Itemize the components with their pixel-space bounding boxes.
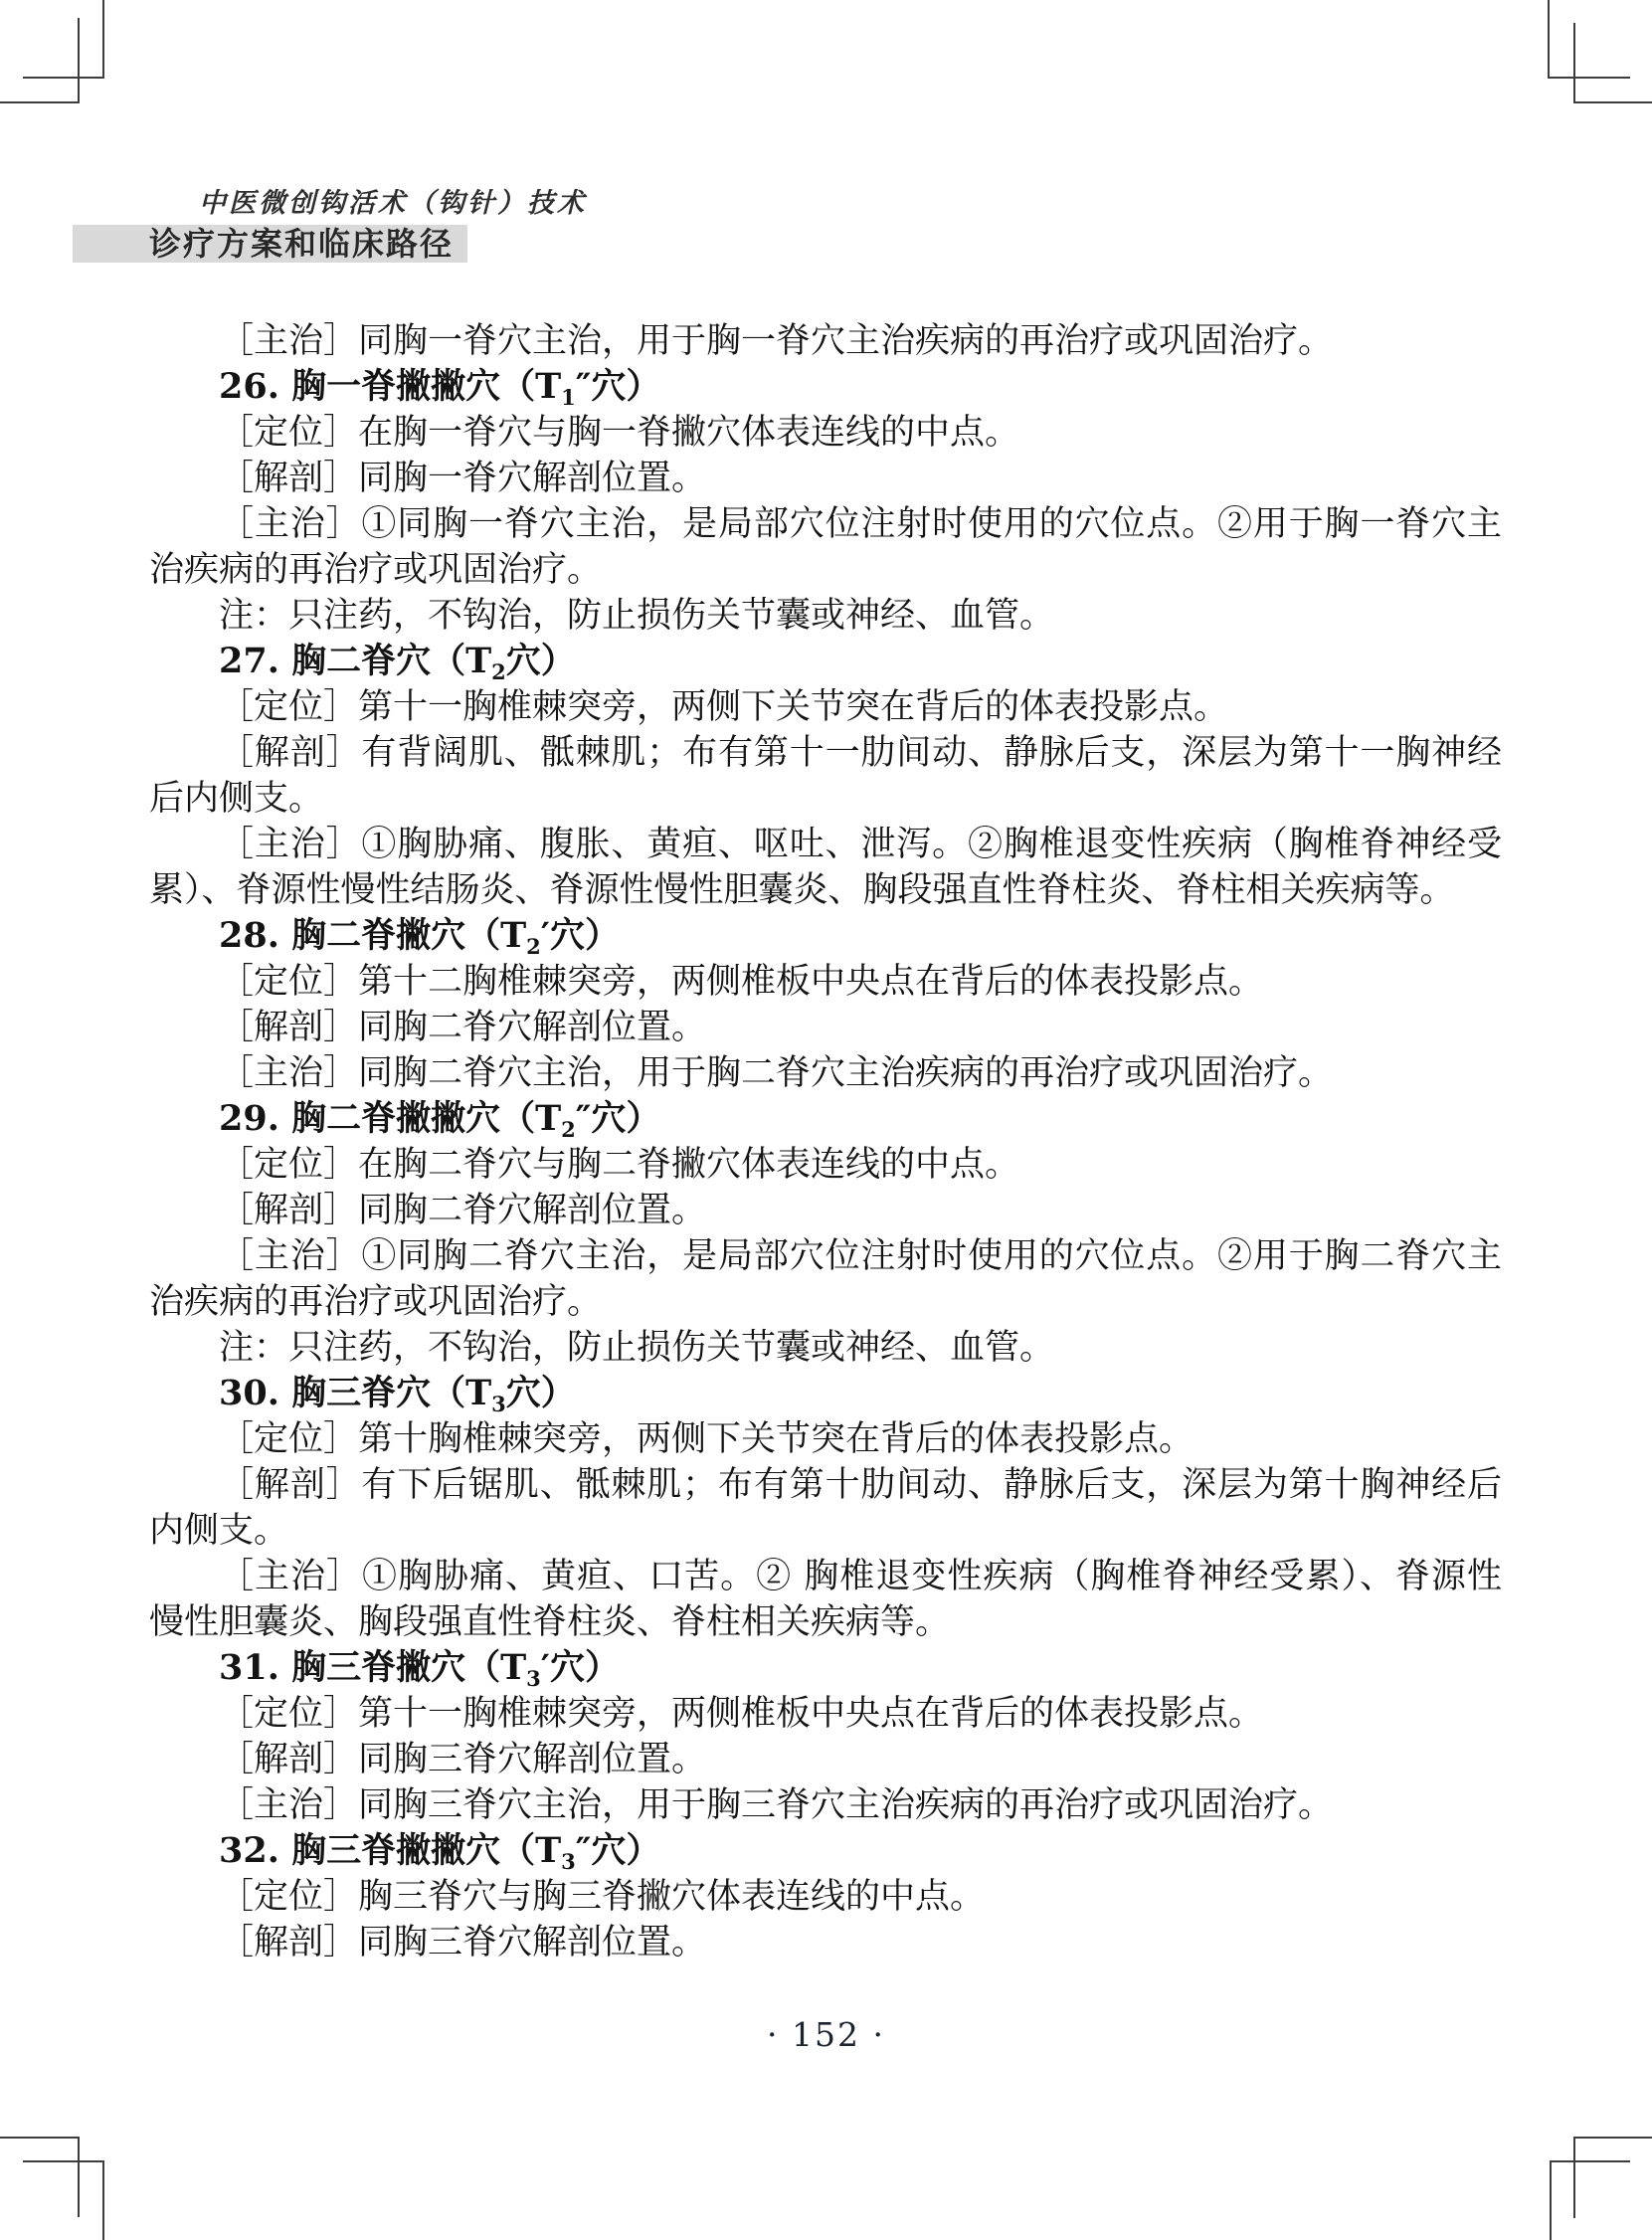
text-line: ［解剖］有下后锯肌、骶棘肌；布有第十肋间动、静脉后支，深层为第十胸神经后 [149, 1462, 1502, 1508]
text-line: 累）、脊源性慢性结肠炎、脊源性慢性胆囊炎、胸段强直性脊柱炎、脊柱相关疾病等。 [149, 867, 1502, 913]
text-line: ［解剖］同胸三脊穴解剖位置。 [149, 1737, 1502, 1782]
heading-text: 穴） [506, 641, 576, 681]
text-line: ［主治］①同胸二脊穴主治，是局部穴位注射时使用的穴位点。②用于胸二脊穴主 [149, 1233, 1502, 1279]
text-line: ［主治］同胸二脊穴主治，用于胸二脊穴主治疾病的再治疗或巩固治疗。 [149, 1050, 1502, 1096]
text-line: ［定位］第十胸椎棘突旁，两侧下关节突在背后的体表投影点。 [149, 1416, 1502, 1462]
content-lines: ［主治］同胸一脊穴主治，用于胸一脊穴主治疾病的再治疗或巩固治疗。26. 胸一脊撇… [149, 318, 1502, 1965]
section-heading: 32. 胸三脊撇撇穴（T3″穴） [149, 1828, 1502, 1874]
text-line: ［定位］第十二胸椎棘突旁，两侧椎板中央点在背后的体表投影点。 [149, 959, 1502, 1005]
section-banner: 诊疗方案和临床路径 [73, 225, 467, 263]
text-line: 内侧支。 [149, 1508, 1502, 1554]
section-heading: 29. 胸二脊撇撇穴（T2″穴） [149, 1096, 1502, 1142]
text-line: ［主治］①同胸一脊穴主治，是局部穴位注射时使用的穴位点。②用于胸一脊穴主 [149, 501, 1502, 547]
text-line: ［解剖］同胸三脊穴解剖位置。 [149, 1920, 1502, 1965]
text-line: ［主治］同胸三脊穴主治，用于胸三脊穴主治疾病的再治疗或巩固治疗。 [149, 1782, 1502, 1828]
section-heading: 28. 胸二脊撇穴（T2′穴） [149, 913, 1502, 959]
heading-subscript: 3 [561, 1849, 576, 1874]
heading-text: ′穴） [541, 915, 620, 956]
text-line: ［定位］在胸一脊穴与胸一脊撇穴体表连线的中点。 [149, 410, 1502, 456]
heading-subscript: 3 [491, 1392, 506, 1416]
text-line: ［定位］胸三脊穴与胸三脊撇穴体表连线的中点。 [149, 1874, 1502, 1920]
text-line: ［主治］①胸胁痛、黄疸、口苦。② 胸椎退变性疾病（胸椎脊神经受累）、脊源性 [149, 1554, 1502, 1599]
text-line: ［解剖］有背阔肌、骶棘肌；布有第十一肋间动、静脉后支，深层为第十一胸神经 [149, 730, 1502, 776]
heading-subscript: 3 [526, 1666, 541, 1691]
crop-mark-bottom-right-inner [1550, 2160, 1630, 2240]
heading-text: ″穴） [576, 1830, 661, 1871]
book-title: 中医微创钩活术（钩针）技术 [199, 181, 895, 220]
crop-mark-top-right-inner [1573, 23, 1652, 103]
text-line: ［主治］同胸一脊穴主治，用于胸一脊穴主治疾病的再治疗或巩固治疗。 [149, 318, 1502, 364]
heading-text: ″穴） [576, 1098, 661, 1139]
text-line: ［解剖］同胸一脊穴解剖位置。 [149, 456, 1502, 501]
text-line: 注：只注药，不钩治，防止损伤关节囊或神经、血管。 [149, 1325, 1502, 1371]
heading-subscript: 1 [561, 385, 576, 410]
heading-subscript: 2 [491, 659, 506, 684]
text-line: ［解剖］同胸二脊穴解剖位置。 [149, 1005, 1502, 1050]
text-line: 慢性胆囊炎、胸段强直性脊柱炎、脊柱相关疾病等。 [149, 1599, 1502, 1645]
heading-subscript: 2 [526, 934, 541, 959]
text-line: 治疾病的再治疗或巩固治疗。 [149, 1279, 1502, 1325]
section-heading: 31. 胸三脊撇穴（T3′穴） [149, 1645, 1502, 1691]
crop-mark-top-left-inner [0, 18, 80, 103]
heading-text: ′穴） [541, 1647, 620, 1688]
heading-text: 31. 胸三脊撇穴（T [219, 1647, 526, 1688]
section-heading: 27. 胸二脊穴（T2穴） [149, 639, 1502, 684]
text-line: ［主治］①胸胁痛、腹胀、黄疸、呕吐、泄泻。②胸椎退变性疾病（胸椎脊神经受 [149, 822, 1502, 867]
text-line: ［定位］在胸二脊穴与胸二脊撇穴体表连线的中点。 [149, 1142, 1502, 1188]
crop-mark-bottom-left-inner [23, 2160, 104, 2240]
heading-text: 26. 胸一脊撇撇穴（T [219, 366, 561, 407]
text-line: 注：只注药，不钩治，防止损伤关节囊或神经、血管。 [149, 593, 1502, 639]
heading-text: 27. 胸二脊穴（T [219, 641, 491, 681]
heading-text: 32. 胸三脊撇撇穴（T [219, 1830, 561, 1871]
text-line: 治疾病的再治疗或巩固治疗。 [149, 547, 1502, 593]
heading-text: 穴） [506, 1373, 576, 1413]
heading-text: 29. 胸二脊撇撇穴（T [219, 1098, 561, 1139]
heading-subscript: 2 [561, 1117, 576, 1142]
heading-text: 30. 胸三脊穴（T [219, 1373, 491, 1413]
text-line: ［解剖］同胸二脊穴解剖位置。 [149, 1188, 1502, 1233]
heading-text: ″穴） [576, 366, 661, 407]
section-heading: 30. 胸三脊穴（T3穴） [149, 1371, 1502, 1416]
page-number: · 152 · [0, 2015, 1652, 2054]
heading-text: 28. 胸二脊撇穴（T [219, 915, 526, 956]
section-heading: 26. 胸一脊撇撇穴（T1″穴） [149, 364, 1502, 410]
text-line: ［定位］第十一胸椎棘突旁，两侧下关节突在背后的体表投影点。 [149, 684, 1502, 730]
text-line: 后内侧支。 [149, 776, 1502, 822]
text-line: ［定位］第十一胸椎棘突旁，两侧椎板中央点在背后的体表投影点。 [149, 1691, 1502, 1737]
